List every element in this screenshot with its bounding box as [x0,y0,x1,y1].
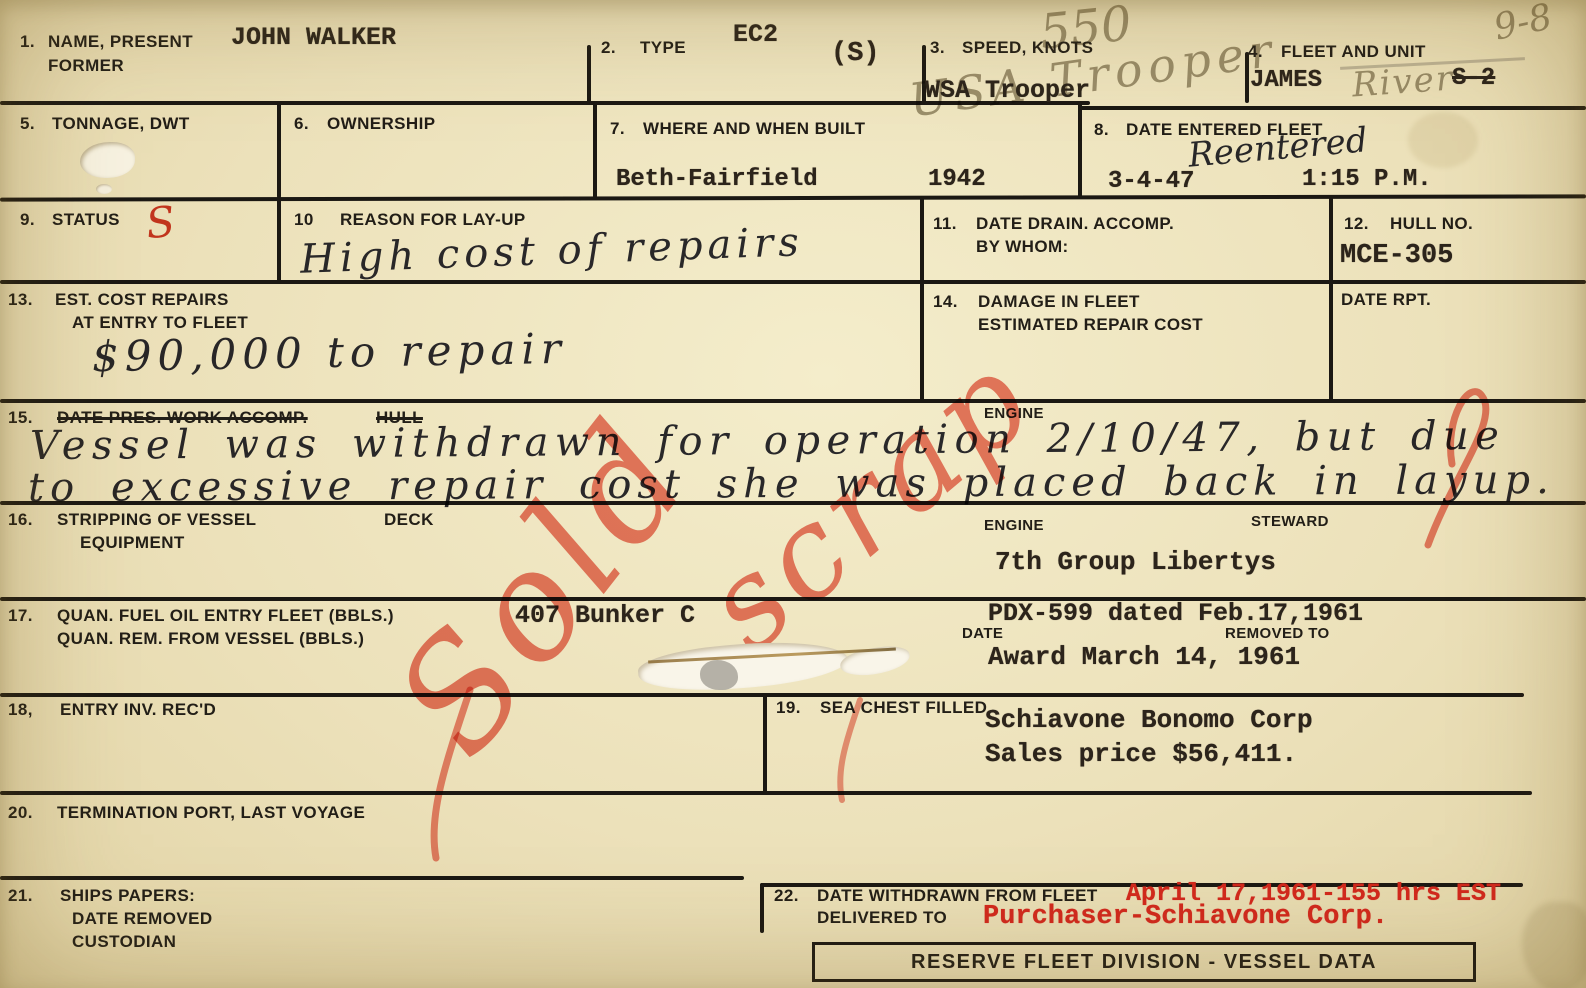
pencil-note-river: River [1351,58,1456,105]
field20-label: TERMINATION PORT, LAST VOYAGE [57,803,365,823]
field14-label-daterpt: DATE RPT. [1341,290,1431,310]
paper-hole-topleft [80,142,135,178]
field19-number: 19. [776,698,801,718]
field4-number: 4. [1248,42,1263,62]
field21-number: 21. [8,886,33,906]
field16-col-engine: ENGINE [984,518,1044,535]
field16-col-deck: DECK [384,510,434,530]
field18-label: ENTRY INV. REC'D [60,700,216,720]
field8-value-date: 3-4-47 [1108,169,1194,195]
field16-label: STRIPPING OF VESSEL [57,510,256,530]
field20-number: 20. [8,803,33,823]
field2-value-type-suffix: (S) [831,40,880,70]
rule-v-7-8 [1078,101,1082,198]
footer-title-box: RESERVE FLEET DIVISION - VESSEL DATA [812,942,1476,982]
field7-label: WHERE AND WHEN BUILT [643,119,865,139]
field1-value-name: JOHN WALKER [231,24,396,52]
field2-value-type: EC2 [733,21,778,49]
field19-value-price: Sales price $56,411. [985,740,1297,769]
paper-tear-gray-spot [700,660,738,690]
field8-value-time: 1:15 P.M. [1302,167,1432,193]
field5-number: 5. [20,114,35,134]
field18-number: 18, [8,700,33,720]
rule-row3-bottom [0,280,1586,284]
field13-label: EST. COST REPAIRS [55,290,229,310]
field22-value-purchaser: Purchaser-Schiavone Corp. [983,903,1388,933]
rule-v-11-12 [1329,196,1333,401]
field17-label: QUAN. FUEL OIL ENTRY FLEET (BBLS.) [57,606,394,626]
field19-label: SEA CHEST FILLED [820,698,987,718]
field7-value-builder: Beth-Fairfield [616,167,818,193]
field1-label: NAME, PRESENT [48,32,193,52]
field17-label-removedto: REMOVED TO [1225,626,1330,643]
rule-v-1-2 [587,45,591,103]
field6-label: OWNERSHIP [327,114,435,134]
field5-label: TONNAGE, DWT [52,114,190,134]
rule-row9-bottom [0,876,744,880]
field3-number: 3. [930,38,945,58]
rule-v-6-7 [593,101,597,198]
field14-number: 14. [933,292,958,312]
field11-label: DATE DRAIN. ACCOMP. [976,214,1174,234]
footer-title: RESERVE FLEET DIVISION - VESSEL DATA [911,951,1377,974]
field22-label-deliveredto: DELIVERED TO [817,908,947,928]
field4-value-fleet: JAMES [1250,68,1322,94]
paper-hole-topleft-small [96,184,112,194]
rule-v-9-10 [277,196,281,282]
field2-label: TYPE [640,38,686,58]
field13-number: 13. [8,290,33,310]
field14-label: DAMAGE IN FLEET [978,292,1140,312]
rule-v-18-19 [763,693,767,793]
field11-label-bywhom: BY WHOM: [976,237,1069,257]
field21-label-dateremoved: DATE REMOVED [72,909,213,929]
field10-label: REASON FOR LAY-UP [340,210,526,230]
rule-row7-bottom [0,693,1524,697]
rule-row4-bottom [0,399,1586,403]
field9-label: STATUS [52,210,120,230]
pencil-note-9-8: 9-8 [1490,0,1555,49]
field2-number: 2. [601,38,616,58]
field16-col-steward: STEWARD [1251,514,1329,531]
field19-value-buyer: Schiavone Bonomo Corp [985,706,1313,735]
paper-tear-center [636,635,849,697]
field7-value-year: 1942 [928,167,986,193]
field17-label-date: DATE [962,626,1003,643]
rule-v-21-22 [760,883,764,933]
field12-value-hullno: MCE-305 [1340,242,1453,272]
field1-label-former: FORMER [48,56,124,76]
field3-label: SPEED, KNOTS [962,38,1093,58]
field22-number: 22. [774,886,799,906]
field16-number: 16. [8,510,33,530]
field3-value-speed: WSA Trooper [925,77,1090,105]
field1-number: 1. [20,32,35,52]
field11-number: 11. [933,214,957,234]
vessel-data-card: 1. NAME, PRESENT FORMER JOHN WALKER 2. T… [0,0,1586,988]
field17-value-award: Award March 14, 1961 [988,643,1300,672]
field6-number: 6. [294,114,309,134]
rule-v-5-6 [277,101,281,198]
handwriting-repair-cost: $90,000 to repair [92,324,568,381]
field16-label-equipment: EQUIPMENT [80,533,185,553]
paper-stain-bottomright [1522,902,1586,988]
field12-label: HULL NO. [1390,214,1473,234]
field21-label-custodian: CUSTODIAN [72,932,176,952]
field4-value-unit-struck: S-2 [1452,66,1495,92]
field4-label: FLEET AND UNIT [1281,42,1426,62]
rule-row2-bottom [0,194,1586,201]
field9-number: 9. [20,210,35,230]
paper-stain-right [1408,112,1478,168]
field14-label2: ESTIMATED REPAIR COST [978,315,1203,335]
rule-row1-bottom-right [1080,106,1586,110]
field10-number: 10 [294,210,314,230]
field9-status-s: S [144,197,178,249]
field17-value-pdx: PDX-599 dated Feb.17,1961 [988,600,1363,628]
field12-number: 12. [1344,214,1369,234]
field7-number: 7. [610,119,625,139]
field16-value-group: 7th Group Libertys [995,548,1276,577]
field17-label2: QUAN. REM. FROM VESSEL (BBLS.) [57,629,364,649]
field8-number: 8. [1094,120,1109,140]
field17-number: 17. [8,606,33,626]
field21-label: SHIPS PAPERS: [60,886,195,906]
